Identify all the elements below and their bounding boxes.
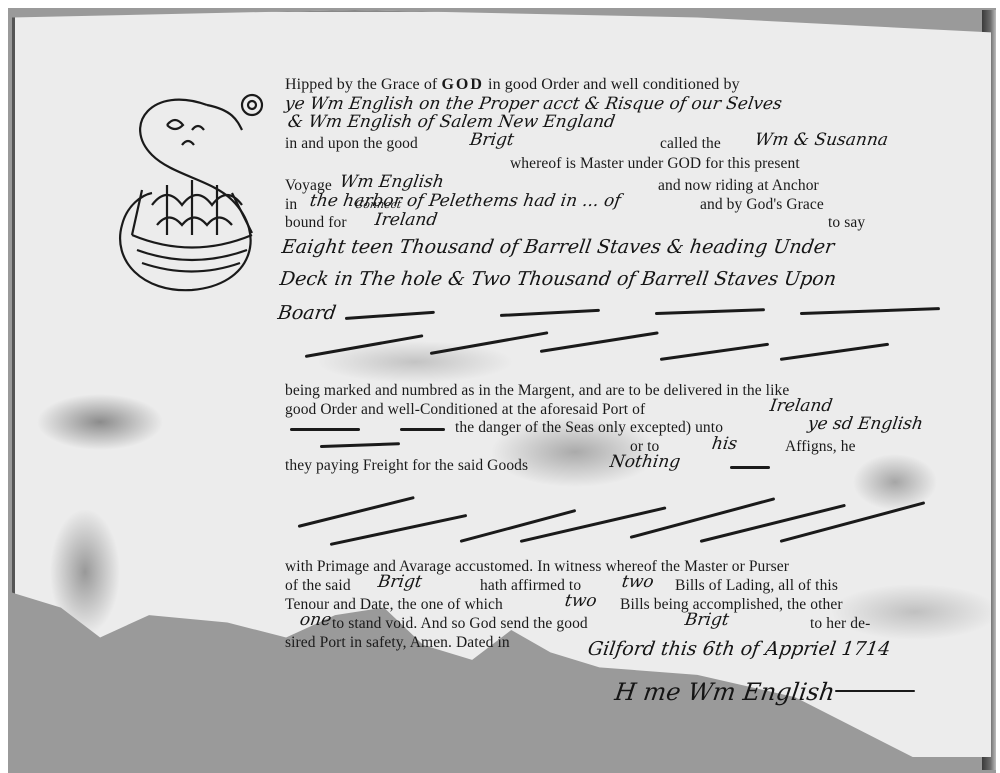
handwritten-bills-accomplished: two [564, 591, 598, 611]
printed-line-14-pre: the danger of the Seas only excepted) un… [455, 419, 723, 437]
handwritten-master: Wm English [339, 172, 446, 192]
handwritten-vessel-type: Brigt [469, 130, 516, 150]
printed-line-8-pre: bound for [285, 214, 347, 232]
handwritten-vessel-ref-2: Brigt [684, 610, 731, 630]
filler-stroke [290, 428, 360, 431]
printed-line-19-post: Bills of Lading, all of this [675, 577, 838, 595]
printed-line-18: with Primage and Avarage accustomed. In … [285, 558, 789, 576]
decorative-initial-s-ship-icon [112, 85, 277, 295]
printed-line-16-pre: they paying Freight for the said Goods [285, 457, 528, 475]
printed-line-6-post: and now riding at Anchor [658, 177, 819, 195]
printed-line-7-post: and by God's Grace [700, 196, 824, 214]
printed-line-13-pre: good Order and well-Conditioned at the a… [285, 401, 645, 419]
printed-line-22-pre: sired Port in safety, Amen. Dated in [285, 634, 510, 652]
printed-line-20-post: Bills being accomplished, the other [620, 596, 843, 614]
filler-stroke [400, 428, 445, 431]
handwritten-other: one [299, 610, 333, 630]
filler-stroke [730, 466, 770, 469]
printed-line-15-post: Affigns, he [785, 438, 856, 456]
printed-line-8-post: to say [828, 214, 865, 232]
printed-line-19-pre: of the said [285, 577, 351, 595]
handwritten-port-of-delivery: Ireland [769, 396, 834, 416]
printed-line-1: Hipped by the Grace of GOD in good Order… [285, 76, 740, 94]
handwritten-freight: Nothing [609, 452, 682, 472]
handwritten-shipper-line-1: ye Wm English on the Proper acct & Risqu… [284, 94, 784, 114]
handwritten-shipper-line-2: & Wm English of Salem New England [287, 112, 617, 132]
printed-line-21-post: to her de- [810, 615, 870, 633]
handwritten-consignee: ye sd English [807, 414, 925, 434]
handwritten-assigns: his [711, 434, 739, 454]
printed-line-5: whereof is Master under GOD for this pre… [510, 155, 800, 173]
signature-flourish [835, 690, 915, 692]
printed-line-4-post: called the [660, 135, 721, 153]
handwritten-vessel-name: Wm & Susanna [754, 130, 890, 150]
handwritten-cargo-line-2: Deck in The hole & Two Thousand of Barre… [278, 268, 837, 290]
text: in good Order and well conditioned by [488, 76, 740, 93]
handwritten-cargo-line-1: Eaight teen Thousand of Barrell Staves &… [280, 236, 835, 258]
handwritten-vessel-ref-1: Brigt [377, 572, 424, 592]
printed-line-12: being marked and numbred as in the Marge… [285, 382, 789, 400]
text-god: GOD [441, 76, 483, 93]
printed-line-4-pre: in and upon the good [285, 135, 418, 153]
handwritten-destination: Ireland [374, 210, 439, 230]
handwritten-cargo-line-3: Board [276, 302, 337, 324]
printed-line-21-mid: to stand void. And so God send the good [332, 615, 588, 633]
printed-line-7-pre: in [285, 196, 297, 214]
handwritten-dated: Gilford this 6th of Appriel 1714 [586, 638, 891, 660]
handwritten-signature: H me Wm English [613, 678, 837, 706]
handwritten-bills-count: two [621, 572, 655, 592]
text: Hipped by the Grace of [285, 76, 437, 93]
